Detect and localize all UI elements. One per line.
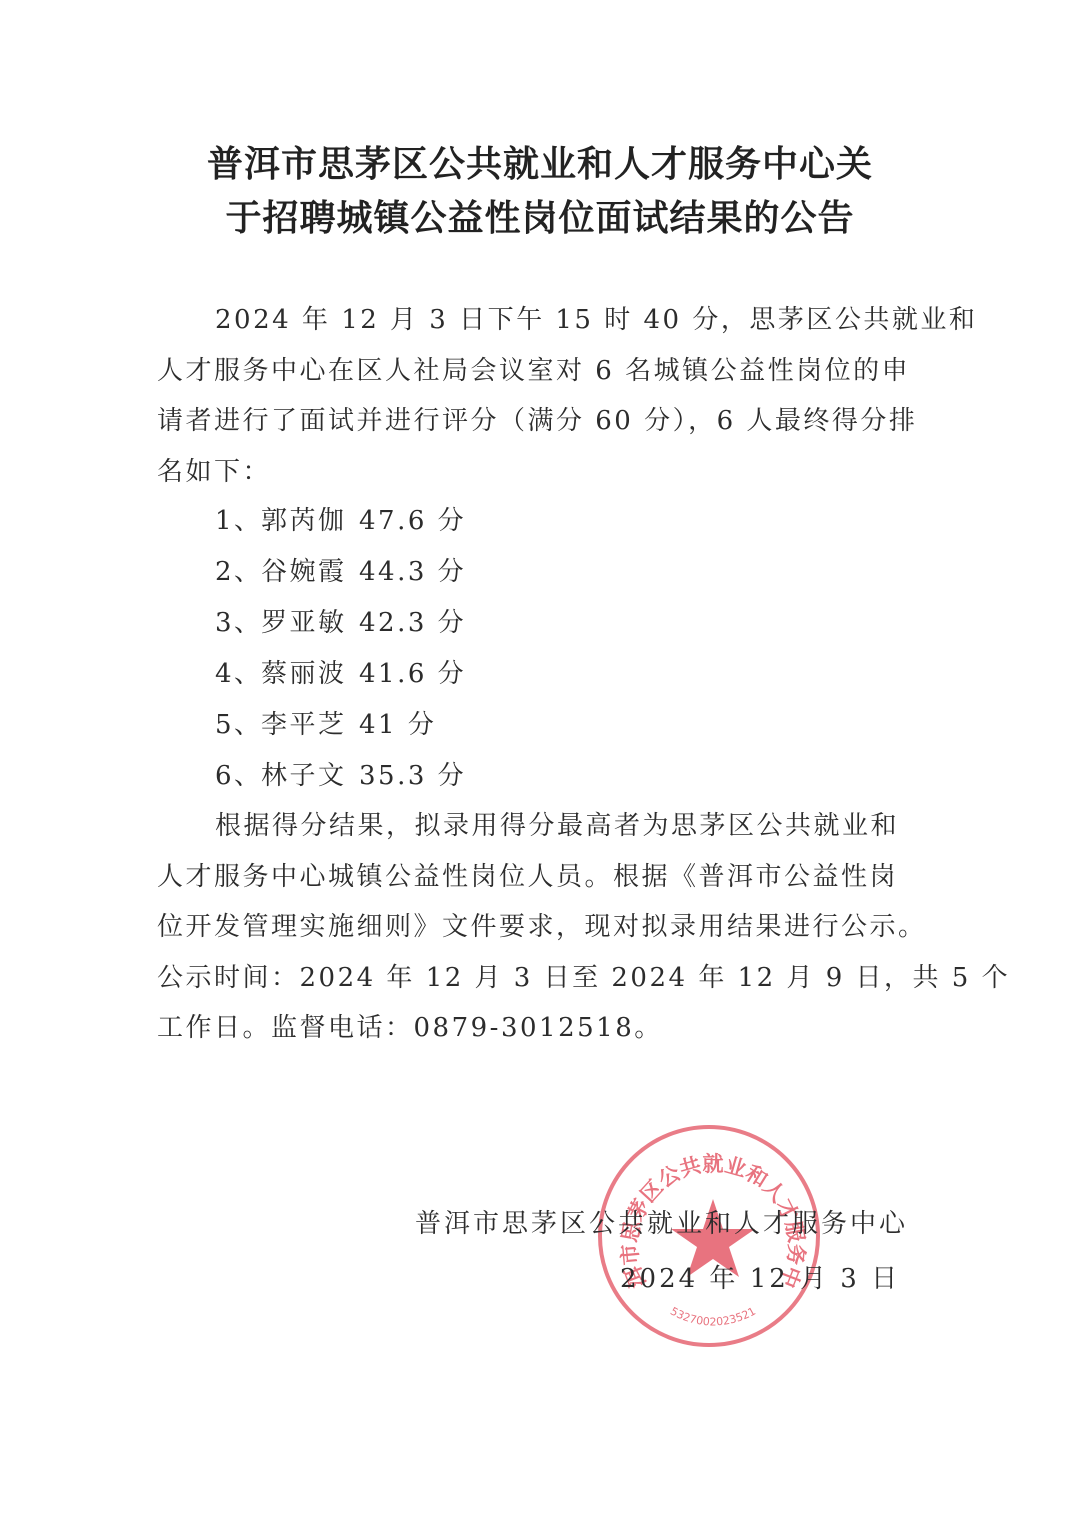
- candidate-score: 35.3 分: [359, 751, 466, 802]
- conclusion-line: 人才服务中心城镇公益性岗位人员。根据《普洱市公益性岗: [157, 852, 907, 903]
- intro-paragraph: 2024 年 12 月 3 日下午 15 时 40 分，思茅区公共就业和 人才服…: [157, 295, 907, 497]
- rank: 4、: [215, 649, 261, 700]
- candidate-name: 李平芝: [261, 700, 353, 751]
- candidate-score: 44.3 分: [359, 547, 466, 598]
- conclusion-line: 公示时间：2024 年 12 月 3 日至 2024 年 12 月 9 日，共 …: [157, 953, 907, 1004]
- list-item: 1、郭芮伽47.6 分: [215, 496, 466, 547]
- candidate-name: 林子文: [261, 751, 353, 802]
- list-item: 6、林子文35.3 分: [215, 751, 466, 802]
- candidate-score: 47.6 分: [359, 496, 466, 547]
- conclusion-paragraph: 根据得分结果，拟录用得分最高者为思茅区公共就业和 人才服务中心城镇公益性岗位人员…: [157, 801, 907, 1054]
- seal-graphic: 普洱市思茅区公共就业和人才服务中心 5327002023521: [602, 1129, 824, 1351]
- list-item: 2、谷婉霞44.3 分: [215, 547, 466, 598]
- list-item: 4、蔡丽波41.6 分: [215, 649, 466, 700]
- list-item: 5、李平芝41 分: [215, 700, 466, 751]
- issue-date: 2024 年 12 月 3 日: [620, 1258, 900, 1295]
- intro-line: 名如下：: [157, 447, 907, 498]
- rank: 3、: [215, 598, 261, 649]
- candidate-score: 42.3 分: [359, 598, 466, 649]
- rank: 6、: [215, 751, 261, 802]
- conclusion-line: 工作日。监督电话：0879-3012518。: [157, 1003, 907, 1054]
- candidate-name: 罗亚敏: [261, 598, 353, 649]
- candidate-name: 郭芮伽: [261, 496, 353, 547]
- rank: 1、: [215, 496, 261, 547]
- document-page: 普洱市思茅区公共就业和人才服务中心关 于招聘城镇公益性岗位面试结果的公告 202…: [0, 0, 1080, 1528]
- candidate-score: 41.6 分: [359, 649, 466, 700]
- candidate-name: 蔡丽波: [261, 649, 353, 700]
- results-list: 1、郭芮伽47.6 分 2、谷婉霞44.3 分 3、罗亚敏42.3 分 4、蔡丽…: [215, 496, 466, 802]
- seal-serial: 5327002023521: [668, 1305, 758, 1329]
- conclusion-line: 位开发管理实施细则》文件要求，现对拟录用结果进行公示。: [157, 902, 907, 953]
- rank: 5、: [215, 700, 261, 751]
- issuer-signature: 普洱市思茅区公共就业和人才服务中心: [415, 1203, 908, 1240]
- list-item: 3、罗亚敏42.3 分: [215, 598, 466, 649]
- conclusion-line: 根据得分结果，拟录用得分最高者为思茅区公共就业和: [157, 801, 907, 852]
- candidate-score: 41 分: [359, 700, 436, 751]
- title-line-1: 普洱市思茅区公共就业和人才服务中心关: [150, 138, 930, 192]
- intro-line: 请者进行了面试并进行评分（满分 60 分），6 人最终得分排: [157, 396, 907, 447]
- title-line-2: 于招聘城镇公益性岗位面试结果的公告: [150, 192, 930, 246]
- intro-line: 人才服务中心在区人社局会议室对 6 名城镇公益性岗位的申: [157, 346, 907, 397]
- intro-line: 2024 年 12 月 3 日下午 15 时 40 分，思茅区公共就业和: [157, 295, 907, 346]
- candidate-name: 谷婉霞: [261, 547, 353, 598]
- page-title: 普洱市思茅区公共就业和人才服务中心关 于招聘城镇公益性岗位面试结果的公告: [150, 138, 930, 246]
- rank: 2、: [215, 547, 261, 598]
